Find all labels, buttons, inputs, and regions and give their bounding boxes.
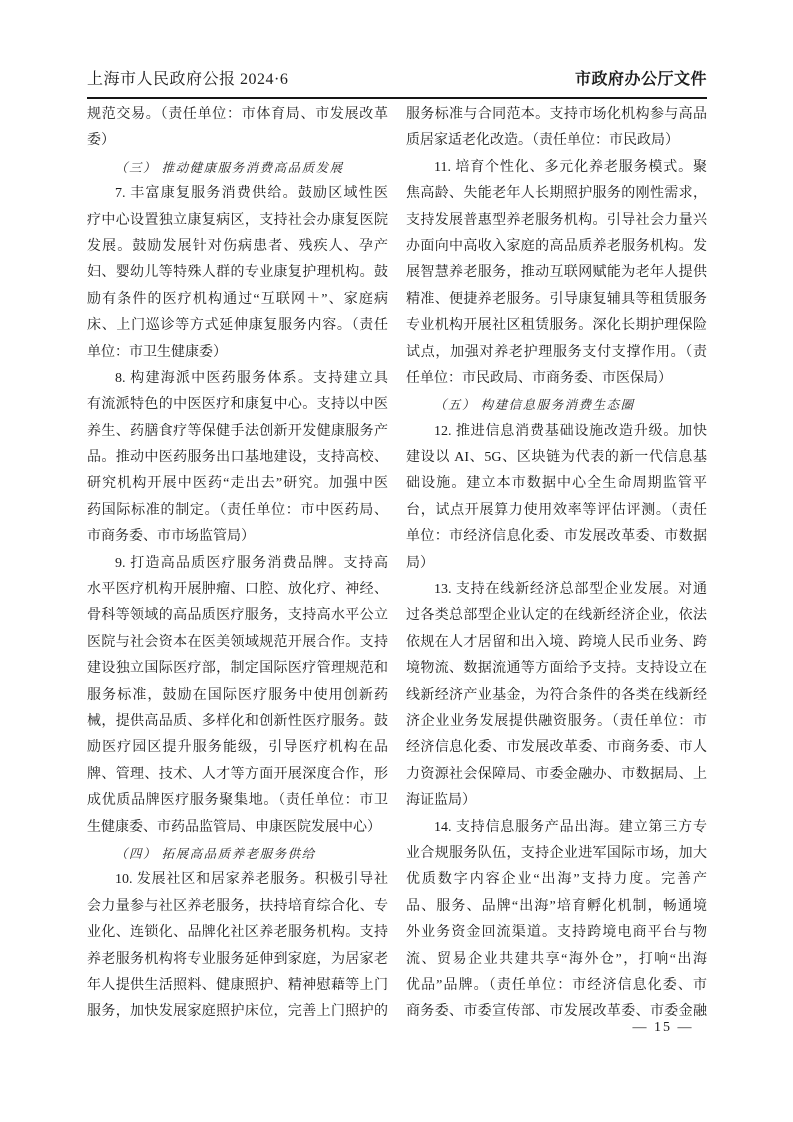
text-line: 办面向中高收入家庭的高品质养老服务机构。发	[406, 234, 707, 260]
text-line: 12. 推进信息消费基础设施改造升级。加快	[406, 419, 707, 445]
text-line: 委）	[87, 128, 388, 154]
text-line: 有流派特色的中医医疗和康复中心。支持以中医	[87, 392, 388, 418]
text-line: 8. 构建海派中医药服务体系。支持建立具	[87, 366, 388, 392]
text-line: 生健康委、市药品监管局、申康医院发展中心）	[87, 815, 388, 841]
document-category: 市政府办公厅文件	[575, 66, 707, 89]
text-line: 质居家适老化改造。（责任单位：市民政局）	[406, 128, 707, 154]
text-line: 服务标准，鼓励在国际医疗服务中使用创新药	[87, 683, 388, 709]
text-line: 外业务资金回流渠道。支持跨境电商平台与物	[406, 920, 707, 946]
text-line: 水平医疗机构开展肿瘤、口腔、放化疗、神经、	[87, 577, 388, 603]
text-line: 依规在人才居留和出入境、跨境人民币业务、跨	[406, 630, 707, 656]
text-line: 会力量参与社区养老服务，扶持培育综合化、专	[87, 894, 388, 920]
text-line: 焦高龄、失能老年人长期照护服务的刚性需求，	[406, 181, 707, 207]
text-line: 优质数字内容企业“出海”支持力度。完善产	[406, 867, 707, 893]
text-line: 医院与社会资本在医美领域规范开展合作。支持	[87, 630, 388, 656]
text-line: 海证监局）	[406, 788, 707, 814]
text-line: 力资源社会保障局、市委金融办、市数据局、上	[406, 762, 707, 788]
text-line: 10. 发展社区和居家养老服务。积极引导社	[87, 867, 388, 893]
text-line: 线新经济产业基金，为符合条件的各类在线新经	[406, 683, 707, 709]
text-line: 养老服务机构将专业服务延伸到家庭，为居家老	[87, 947, 388, 973]
text-line: 经济信息化委、市发展改革委、市商务委、市人	[406, 735, 707, 761]
text-line: （四） 拓展高品质养老服务供给	[87, 841, 388, 867]
text-line: 妇、婴幼儿等特殊人群的专业康复护理机构。鼓	[87, 260, 388, 286]
text-line: 建设独立国际医疗部，制定国际医疗管理规范和	[87, 656, 388, 682]
text-line: 流、贸易企业共建共享“海外仓”，打响“出海	[406, 947, 707, 973]
text-line: 励医疗园区提升服务能级，引导医疗机构在品	[87, 735, 388, 761]
text-line: 成优质品牌医疗服务聚集地。（责任单位：市卫	[87, 788, 388, 814]
text-line: 局）	[406, 551, 707, 577]
document-body: 规范交易。（责任单位：市体育局、市发展改革委）（三） 推动健康服务消费高品质发展…	[87, 102, 707, 1026]
text-line: 单位：市卫生健康委）	[87, 340, 388, 366]
text-line: 单位：市经济信息化委、市发展改革委、市数据	[406, 524, 707, 550]
text-line: 台，试点开展算力使用效率等评估评测。（责任	[406, 498, 707, 524]
text-line: 服务标准与合同范本。支持市场化机构参与高品	[406, 102, 707, 128]
gazette-title: 上海市人民政府公报 2024·6	[87, 66, 288, 89]
text-line: 药国际标准的制定。（责任单位：市中医药局、	[87, 498, 388, 524]
text-line: 发展。鼓励发展针对伤病患者、残疾人、孕产	[87, 234, 388, 260]
text-line: 任单位：市民政局、市商务委、市医保局）	[406, 366, 707, 392]
text-line: （三） 推动健康服务消费高品质发展	[87, 155, 388, 181]
text-line: 14. 支持信息服务产品出海。建立第三方专	[406, 815, 707, 841]
text-line: 服务，加快发展家庭照护床位，完善上门照护的	[87, 999, 388, 1025]
text-line: 励有条件的医疗机构通过“互联网＋”、家庭病	[87, 287, 388, 313]
text-line: 研究机构开展中医药“走出去”研究。加强中医	[87, 471, 388, 497]
text-line: 业化、连锁化、品牌化社区养老服务机构。支持	[87, 920, 388, 946]
text-line: 建设以 AI、5G、区块链为代表的新一代信息基	[406, 445, 707, 471]
body-column-right: 服务标准与合同范本。支持市场化机构参与高品质居家适老化改造。（责任单位：市民政局…	[406, 102, 707, 1026]
text-line: 境物流、数据流通等方面给予支持。支持设立在	[406, 656, 707, 682]
text-line: 规范交易。（责任单位：市体育局、市发展改革	[87, 102, 388, 128]
body-column-left: 规范交易。（责任单位：市体育局、市发展改革委）（三） 推动健康服务消费高品质发展…	[87, 102, 388, 1026]
text-line: 济企业业务发展提供融资服务。（责任单位：市	[406, 709, 707, 735]
text-line: 支持发展普惠型养老服务机构。引导社会力量兴	[406, 208, 707, 234]
gazette-page: 上海市人民政府公报 2024·6 市政府办公厅文件 规范交易。（责任单位：市体育…	[0, 0, 793, 1122]
text-line: 11. 培育个性化、多元化养老服务模式。聚	[406, 155, 707, 181]
page-header: 上海市人民政府公报 2024·6 市政府办公厅文件	[87, 66, 707, 99]
text-line: 业合规服务队伍，支持企业进军国际市场，加大	[406, 841, 707, 867]
text-line: 础设施。建立本市数据中心全生命周期监管平	[406, 471, 707, 497]
text-line: 试点，加强对养老护理服务支付支撑作用。（责	[406, 340, 707, 366]
text-line: 优品”品牌。（责任单位：市经济信息化委、市	[406, 973, 707, 999]
text-line: （五） 构建信息服务消费生态圈	[406, 392, 707, 418]
text-line: 专业机构开展社区租赁服务。深化长期护理保险	[406, 313, 707, 339]
text-line: 9. 打造高品质医疗服务消费品牌。支持高	[87, 551, 388, 577]
text-line: 养生、药膳食疗等保健手法创新开发健康服务产	[87, 419, 388, 445]
text-line: 精准、便捷养老服务。引导康复辅具等租赁服务	[406, 287, 707, 313]
text-line: 过各类总部型企业认定的在线新经济企业，依法	[406, 603, 707, 629]
text-line: 床、上门巡诊等方式延伸康复服务内容。（责任	[87, 313, 388, 339]
text-line: 市商务委、市市场监管局）	[87, 524, 388, 550]
text-line: 械，提供高品质、多样化和创新性医疗服务。鼓	[87, 709, 388, 735]
page-number: — 15 —	[613, 1015, 713, 1041]
text-line: 品、服务、品牌“出海”培育孵化机制，畅通境	[406, 894, 707, 920]
text-line: 牌、管理、技术、人才等方面开展深度合作，形	[87, 762, 388, 788]
text-line: 疗中心设置独立康复病区，支持社会办康复医院	[87, 208, 388, 234]
text-line: 展智慧养老服务，推动互联网赋能为老年人提供	[406, 260, 707, 286]
text-line: 骨科等领域的高品质医疗服务，支持高水平公立	[87, 603, 388, 629]
text-line: 品。推动中医药服务出口基地建设，支持高校、	[87, 445, 388, 471]
text-line: 年人提供生活照料、健康照护、精神慰藉等上门	[87, 973, 388, 999]
text-line: 13. 支持在线新经济总部型企业发展。对通	[406, 577, 707, 603]
text-line: 7. 丰富康复服务消费供给。鼓励区域性医	[87, 181, 388, 207]
